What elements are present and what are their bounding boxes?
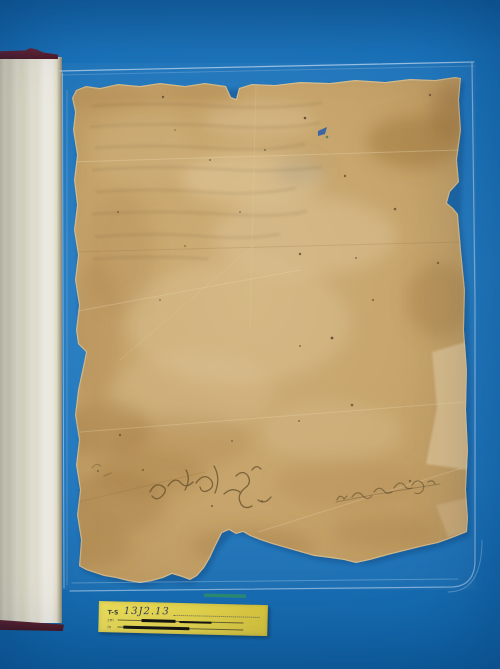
manuscript-fragment (44, 70, 480, 595)
green-sliver (204, 593, 246, 598)
label-classmark-handwritten: 13J2.13 (124, 607, 170, 617)
fragment-artwork (0, 0, 500, 669)
scale-unit-cm: cm (107, 618, 115, 622)
classmark-label: T-S 13J2.13 cm in (98, 601, 268, 636)
photograph: T-S 13J2.13 cm in (0, 0, 500, 669)
label-series-prefix: T-S (108, 610, 119, 616)
scale-bar-in (117, 624, 245, 632)
scale-unit-in: in (107, 625, 115, 629)
